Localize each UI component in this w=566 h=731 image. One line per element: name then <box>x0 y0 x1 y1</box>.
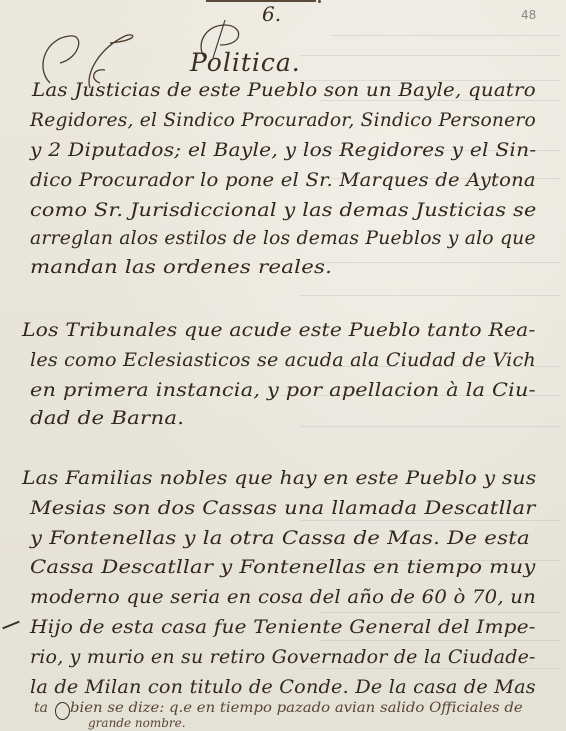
text-line: Las Familias nobles que hay en este Pueb… <box>22 468 536 489</box>
text-line: rio, y murio en su retiro Governador de … <box>30 647 536 668</box>
header-dot <box>318 0 321 3</box>
text-line: Cassa Descatllar y Fontenellas en tiempo… <box>30 557 536 578</box>
annotation-line: bien se dize: q.e en tiempo pazado avian… <box>70 700 523 716</box>
text-line: arreglan alos estilos de los demas Puebl… <box>30 228 536 249</box>
text-line: mandan las ordenes reales. <box>30 257 332 278</box>
text-line: Las Justicias de este Pueblo son un Bayl… <box>32 80 536 101</box>
annotation-line: grande nombre. <box>88 716 186 730</box>
page-header: 6. <box>262 2 281 26</box>
section-title: Politica. <box>190 48 301 77</box>
flourish-initials-icon <box>30 28 150 88</box>
manuscript-page: 6. 48 Politica. Las Justicias de este Pu… <box>0 0 566 731</box>
text-line: moderno que seria en cosa del año de 60 … <box>30 587 536 608</box>
text-line: les como Eclesiasticos se acuda ala Ciud… <box>30 350 536 371</box>
text-line: como Sr. Jurisdiccional y las demas Just… <box>30 200 537 221</box>
text-line: dico Procurador lo pone el Sr. Marques d… <box>30 170 536 191</box>
text-line: y 2 Diputados; el Bayle, y los Regidores… <box>30 140 536 161</box>
text-line: Los Tribunales que acude este Pueblo tan… <box>22 320 536 341</box>
header-rule <box>206 0 316 2</box>
folio-number: 48 <box>521 8 536 22</box>
text-line: y Fontenellas y la otra Cassa de Mas. De… <box>30 528 530 549</box>
text-line: en primera instancia, y por apellacion à… <box>30 380 536 401</box>
text-line: Hijo de esta casa fue Teniente General d… <box>30 617 536 638</box>
text-line: Regidores, el Sindico Procurador, Sindic… <box>30 110 536 131</box>
text-line: dad de Barna. <box>30 408 184 429</box>
margin-dash-mark <box>2 621 19 630</box>
insertion-circle-icon <box>55 702 70 720</box>
annotation-prefix: ta <box>34 700 48 716</box>
text-line: la de Milan con titulo de Conde. De la c… <box>30 677 536 698</box>
text-line: Mesias son dos Cassas una llamada Descat… <box>30 498 536 519</box>
